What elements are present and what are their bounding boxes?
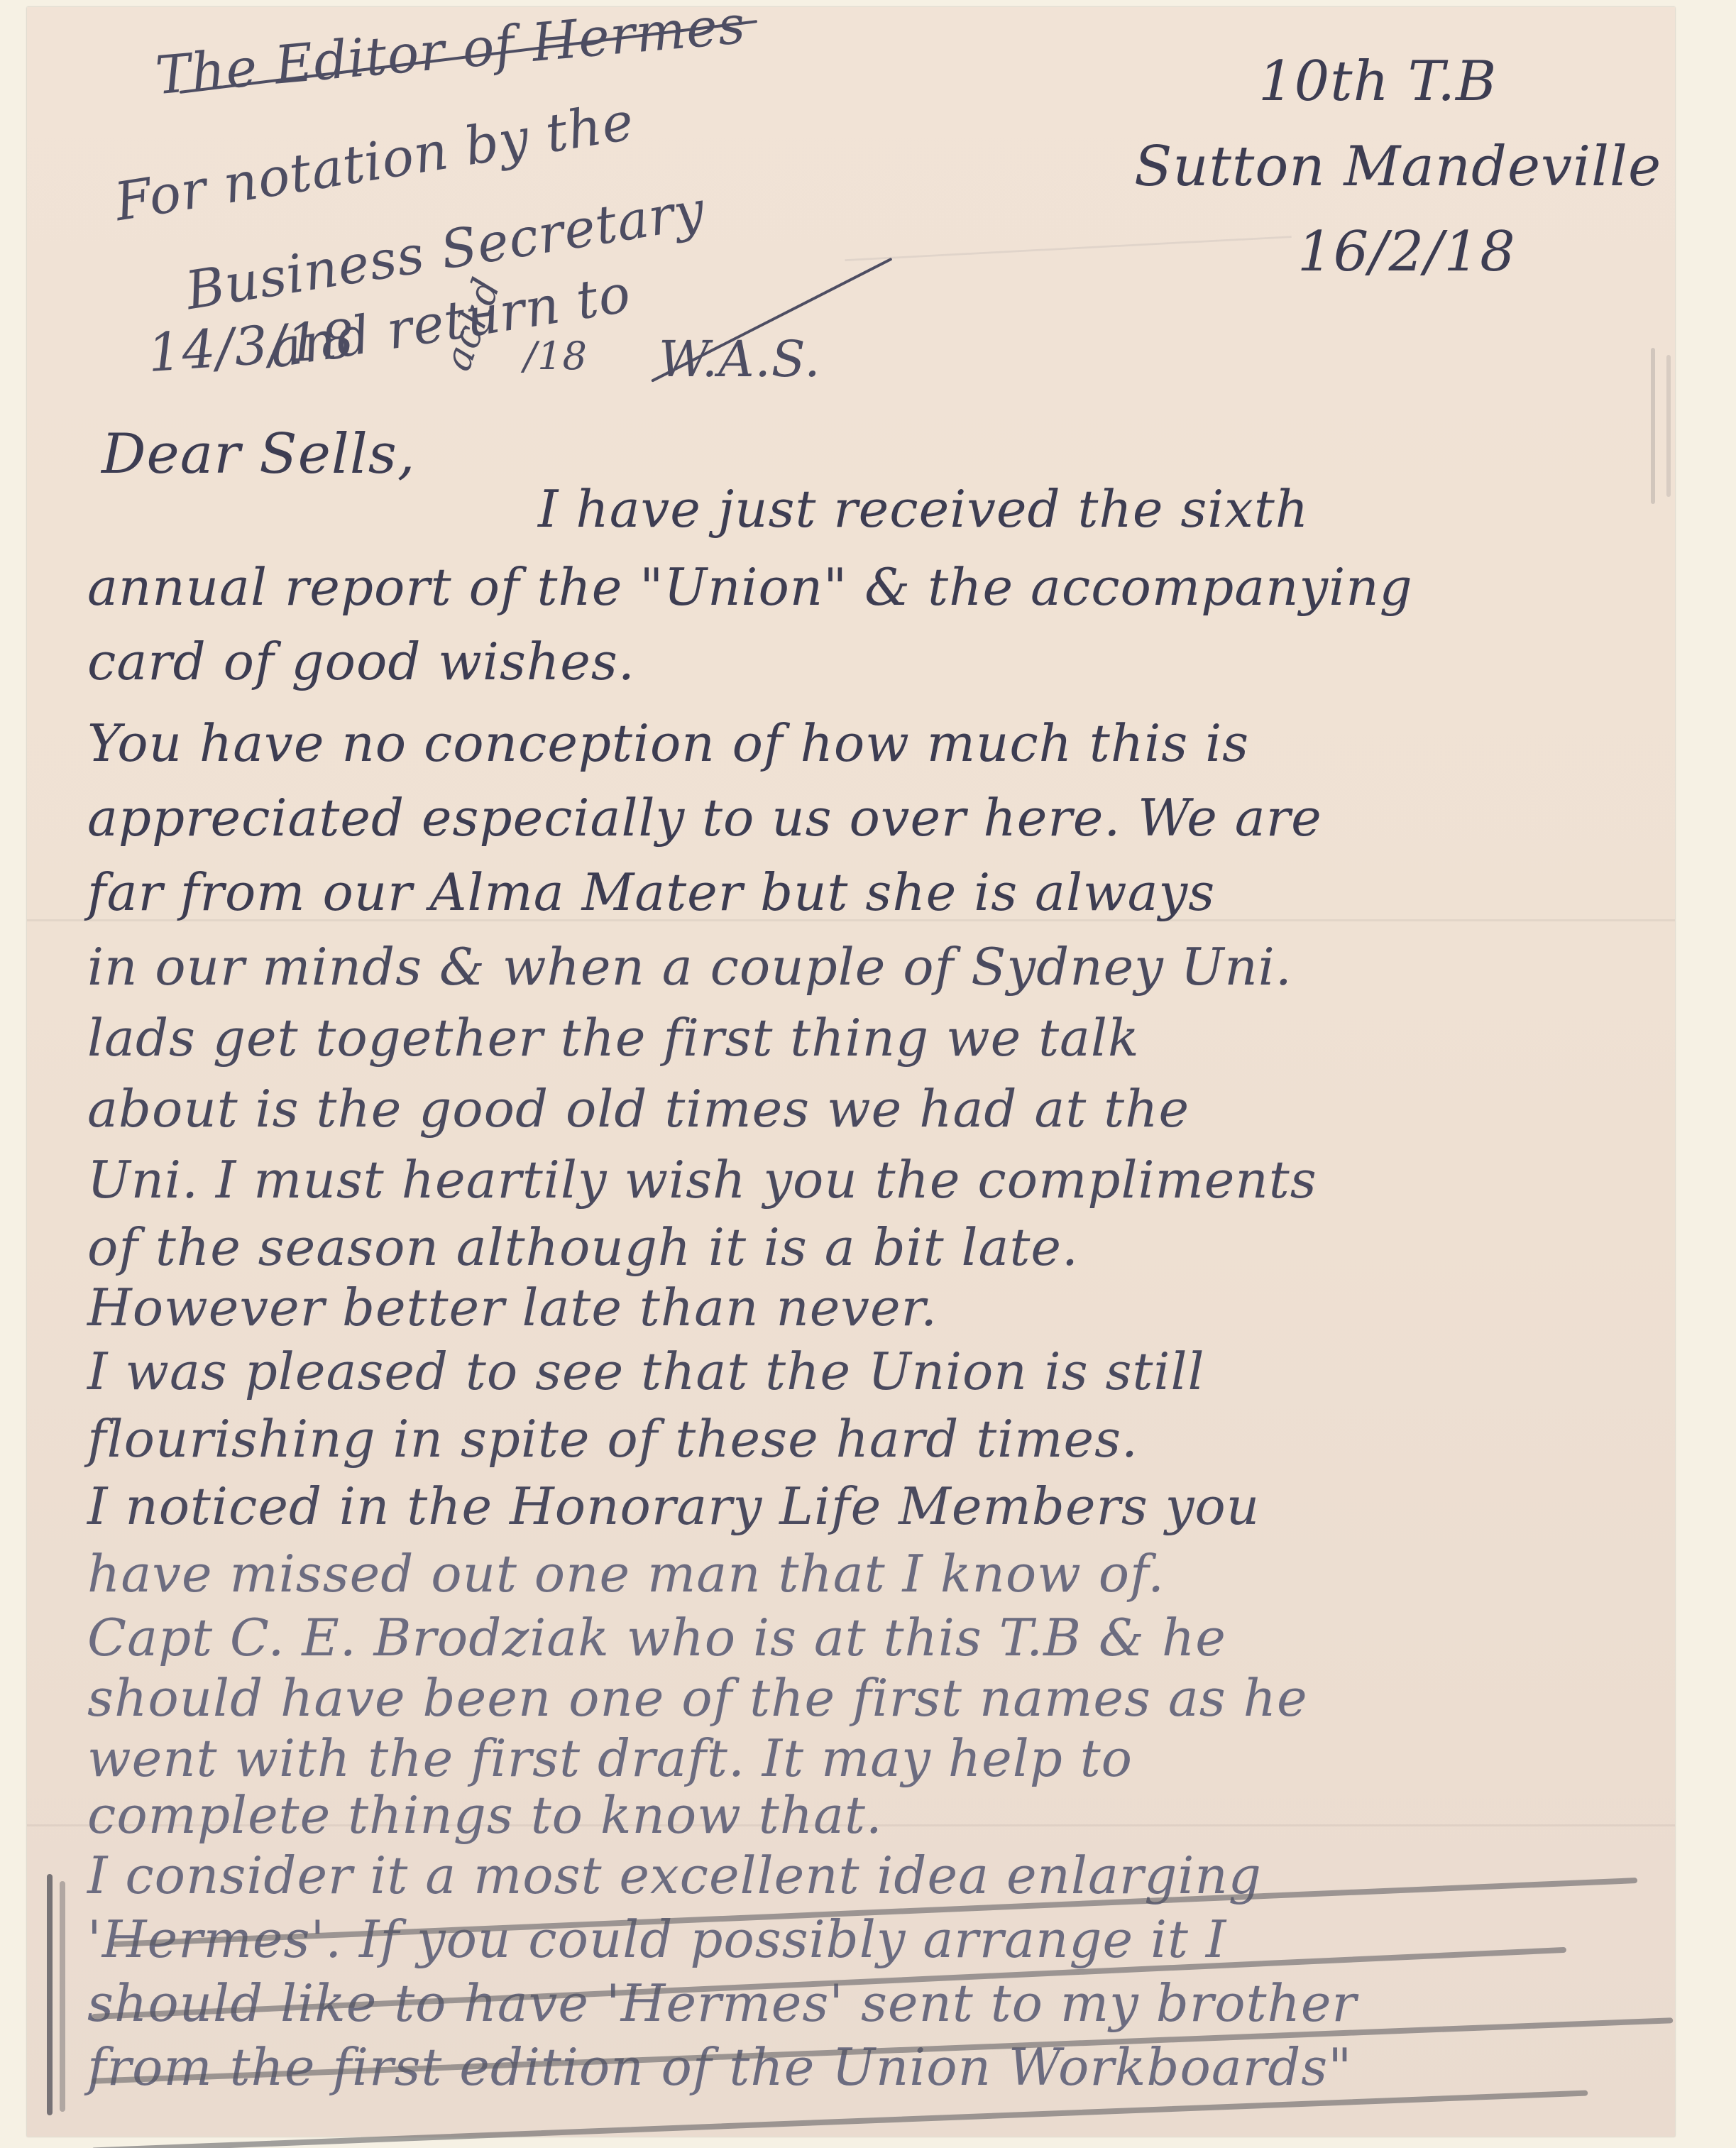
- letter-line: in our minds & when a couple of Sydney U…: [87, 937, 1292, 997]
- pencil-margin-mark: [60, 1881, 65, 2112]
- letter-line: have missed out one man that I know of.: [87, 1544, 1165, 1604]
- header-date: 16/2/18: [1297, 220, 1516, 284]
- letter-line: However better late than never.: [87, 1278, 938, 1337]
- letter-line: about is the good old times we had at th…: [87, 1079, 1190, 1139]
- letter-line: I noticed in the Honorary Life Members y…: [87, 1476, 1260, 1536]
- letter-line: went with the first draft. It may help t…: [87, 1728, 1133, 1788]
- salutation: Dear Sells,: [101, 422, 416, 486]
- header-unit: 10th T.B: [1258, 50, 1497, 114]
- letter-line: lads get together the first thing we tal…: [87, 1008, 1140, 1068]
- annotation-acknowledged-date: /18: [524, 334, 588, 378]
- letter-line: far from our Alma Mater but she is alway…: [87, 862, 1215, 922]
- letter-line: card of good wishes.: [87, 632, 635, 691]
- annotation-date: 14/3/18: [145, 309, 357, 384]
- letter-line: annual report of the "Union" & the accom…: [87, 557, 1413, 617]
- letter-line: I was pleased to see that the Union is s…: [87, 1342, 1205, 1401]
- letter-line: flourishing in spite of these hard times…: [87, 1409, 1138, 1469]
- letter-line: I have just received the sixth: [538, 479, 1309, 539]
- pencil-margin-mark: [1651, 348, 1655, 504]
- letter-line: should like to have 'Hermes' sent to my …: [87, 1973, 1357, 2033]
- annotation-initials: W.A.S.: [659, 330, 820, 388]
- header-place: Sutton Mandeville: [1134, 135, 1661, 199]
- pencil-margin-mark: [1666, 355, 1671, 497]
- letter-line: You have no conception of how much this …: [87, 713, 1249, 773]
- pencil-margin-mark: [47, 1874, 53, 2115]
- letter-line: appreciated especially to us over here. …: [87, 788, 1322, 848]
- letter-line: I consider it a most excellent idea enla…: [87, 1846, 1262, 1905]
- letter-line: should have been one of the first names …: [87, 1668, 1308, 1728]
- letter-line: from the first edition of the Union Work…: [87, 2037, 1352, 2097]
- letter-line: Capt C. E. Brodziak who is at this T.B &…: [87, 1608, 1226, 1667]
- letter-line: complete things to know that.: [87, 1785, 883, 1845]
- letter-page: ​__________________ The Editor of Hermes…: [27, 7, 1675, 2137]
- letter-line: of the season although it is a bit late.: [87, 1217, 1079, 1277]
- pencil-underline: [92, 2091, 1588, 2148]
- letter-line: Uni. I must heartily wish you the compli…: [87, 1150, 1317, 1210]
- annotation-editor-line: The Editor of Hermes: [153, 0, 748, 106]
